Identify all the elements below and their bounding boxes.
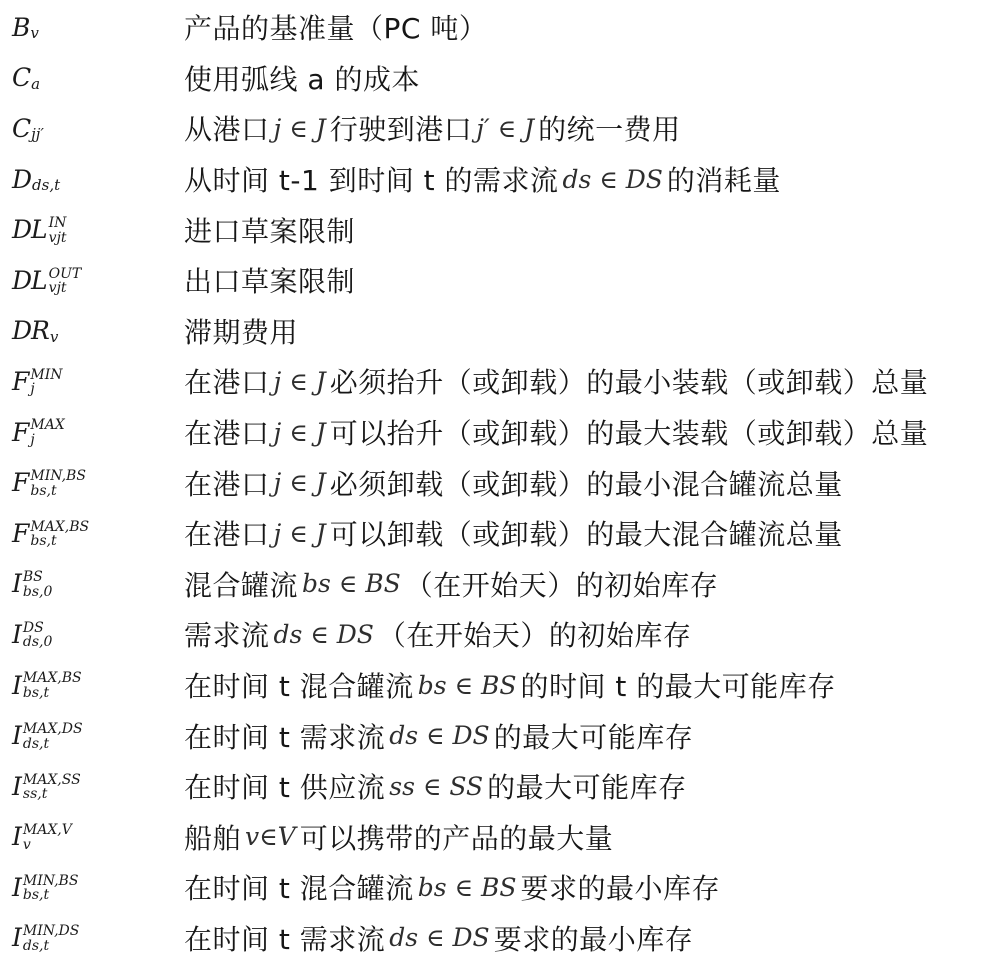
symbol: DLINvjt (12, 215, 184, 244)
symbol-superscript: MAX (30, 418, 64, 433)
notation-row: IMAX,SSss,t在时间 t 供应流ss ∈ SS的最大可能库存 (12, 761, 1000, 812)
symbol: IBSbs,0 (12, 569, 184, 598)
symbol-base: B (12, 13, 29, 42)
description-math-segment: ds ∈ DS (385, 721, 493, 750)
symbol-supsub-stack: MIN,BSbs,t (30, 469, 86, 498)
symbol: IDSds,0 (12, 620, 184, 649)
notation-row: Bv产品的基准量（PC 吨） (12, 2, 1000, 53)
description-text-segment: 在时间 t 混合罐流 (184, 867, 414, 907)
description: 在时间 t 需求流ds ∈ DS的最大可能库存 (184, 716, 1000, 756)
symbol: FMAX,BSbs,t (12, 519, 184, 548)
symbol: DLOUTvjt (12, 266, 184, 295)
notation-row: FMAXj在港口j ∈ J可以抬升（或卸载）的最大装载（或卸载）总量 (12, 407, 1000, 458)
symbol-base: I (12, 772, 21, 801)
symbol-superscript: MAX,DS (23, 722, 83, 737)
symbol-subscript: bs,t (23, 888, 49, 903)
symbol-base: DL (12, 215, 47, 244)
description-math-segment: j ∈ J (270, 418, 330, 447)
symbol-base: DL (12, 266, 47, 295)
symbol-base: I (12, 923, 21, 952)
description-text-segment: 在时间 t 供应流 (184, 766, 385, 806)
symbol: IMAX,SSss,t (12, 772, 184, 801)
description-text-segment: 在时间 t 需求流 (184, 716, 385, 756)
symbol-subscript: vjt (49, 281, 67, 296)
notation-row: DRv滞期费用 (12, 306, 1000, 357)
description-math-segment: j ∈ J (270, 114, 330, 143)
symbol-subscript: ss,t (23, 787, 47, 802)
description: 使用弧线 a 的成本 (184, 58, 1000, 98)
symbol-subscript: bs,t (30, 534, 56, 549)
description: 在时间 t 混合罐流bs ∈ BS要求的最小库存 (184, 867, 1000, 907)
description: 混合罐流bs ∈ BS（在开始天）的初始库存 (184, 564, 1000, 604)
symbol: IMAX,Vv (12, 822, 184, 851)
symbol: Cjj′ (12, 114, 184, 143)
symbol-subscript: jj′ (31, 125, 44, 143)
symbol-superscript: MAX,BS (30, 520, 89, 535)
notation-row: FMAX,BSbs,t在港口j ∈ J可以卸载（或卸载）的最大混合罐流总量 (12, 508, 1000, 559)
symbol: FMAXj (12, 417, 184, 446)
symbol-subscript: bs,t (30, 484, 56, 499)
description-text-segment: 混合罐流 (184, 564, 298, 604)
document-page: Bv产品的基准量（PC 吨）Ca使用弧线 a 的成本Cjj′从港口j ∈ J行驶… (0, 0, 1000, 965)
symbol-subscript: a (31, 75, 40, 93)
notation-row: IBSbs,0混合罐流bs ∈ BS（在开始天）的初始库存 (12, 559, 1000, 610)
description: 出口草案限制 (184, 260, 1000, 300)
notation-row: IMIN,DSds,t在时间 t 需求流ds ∈ DS要求的最小库存 (12, 913, 1000, 964)
symbol-superscript: MIN,BS (30, 469, 86, 484)
symbol-supsub-stack: MAX,DSds,t (23, 722, 83, 751)
symbol: DRv (12, 316, 184, 345)
description-text-segment: 的最大可能库存 (494, 716, 694, 756)
notation-row: FMINj在港口j ∈ J必须抬升（或卸载）的最小装载（或卸载）总量 (12, 356, 1000, 407)
description-text-segment: 要求的最小库存 (521, 867, 721, 907)
description-math-segment: j′ ∈ J (472, 114, 538, 143)
symbol-base: F (12, 519, 28, 548)
symbol-superscript: MIN,DS (23, 924, 80, 939)
symbol-subscript: v (23, 838, 31, 853)
symbol-subscript: v (30, 24, 38, 42)
symbol-supsub-stack: MIN,DSds,t (23, 924, 80, 953)
description-math-segment: ss ∈ SS (385, 772, 487, 801)
description-math-segment: ds ∈ DS (385, 923, 493, 952)
description-text-segment: 滞期费用 (184, 311, 298, 351)
description: 需求流ds ∈ DS（在开始天）的初始库存 (184, 614, 1000, 654)
symbol-base: F (12, 418, 28, 447)
notation-row: IMIN,BSbs,t在时间 t 混合罐流bs ∈ BS要求的最小库存 (12, 862, 1000, 913)
description-text-segment: 需求流 (184, 614, 270, 654)
description: 在时间 t 需求流ds ∈ DS要求的最小库存 (184, 918, 1000, 958)
notation-row: DLINvjt进口草案限制 (12, 204, 1000, 255)
description-text-segment: 行驶到港口 (330, 108, 473, 148)
notation-row: Dds,t从时间 t-1 到时间 t 的需求流ds ∈ DS的消耗量 (12, 154, 1000, 205)
symbol-superscript: IN (49, 216, 67, 231)
description-text-segment: 产品的基准量（PC 吨） (184, 7, 487, 47)
symbol-supsub-stack: BSbs,0 (23, 570, 53, 599)
symbol: Bv (12, 13, 184, 42)
symbol-subscript: vjt (49, 231, 67, 246)
symbol-subscript: j (30, 433, 34, 448)
description-text-segment: 的消耗量 (667, 159, 781, 199)
description: 从港口j ∈ J行驶到港口j′ ∈ J的统一费用 (184, 108, 1000, 148)
description-math-segment: bs ∈ BS (298, 569, 405, 598)
symbol-supsub-stack: MAX,BSbs,t (23, 671, 82, 700)
symbol-superscript: BS (23, 570, 43, 585)
description-text-segment: 可以携带的产品的最大量 (300, 817, 614, 857)
description-text-segment: 在时间 t 混合罐流 (184, 665, 414, 705)
symbol-subscript: bs,0 (23, 585, 53, 600)
symbol-base: D (12, 165, 31, 194)
description-text-segment: 的最大可能库存 (487, 766, 687, 806)
notation-row: Cjj′从港口j ∈ J行驶到港口j′ ∈ J的统一费用 (12, 103, 1000, 154)
notation-row: IMAX,BSbs,t在时间 t 混合罐流bs ∈ BS的时间 t 的最大可能库… (12, 660, 1000, 711)
symbol-supsub-stack: MAX,Vv (23, 823, 72, 852)
symbol-superscript: MAX,V (23, 823, 72, 838)
symbol-base: DR (12, 316, 49, 345)
symbol-subscript: ds,0 (23, 635, 53, 650)
description: 在港口j ∈ J必须卸载（或卸载）的最小混合罐流总量 (184, 463, 1000, 503)
symbol-superscript: OUT (49, 267, 82, 282)
symbol-base: C (12, 63, 30, 92)
symbol-subscript: ds,t (23, 939, 49, 954)
description-text-segment: 必须抬升（或卸载）的最小装载（或卸载）总量 (330, 361, 929, 401)
symbol-supsub-stack: DSds,0 (23, 621, 53, 650)
description-math-segment: j ∈ J (270, 519, 330, 548)
description: 在时间 t 供应流ss ∈ SS的最大可能库存 (184, 766, 1000, 806)
description-text-segment: 的统一费用 (538, 108, 681, 148)
symbol: IMIN,DSds,t (12, 923, 184, 952)
description-text-segment: 出口草案限制 (184, 260, 355, 300)
description-text-segment: 必须卸载（或卸载）的最小混合罐流总量 (330, 463, 843, 503)
symbol-subscript: j (30, 382, 34, 397)
notation-row: IMAX,Vv船舶v∈V可以携带的产品的最大量 (12, 812, 1000, 863)
symbol-base: F (12, 468, 28, 497)
symbol-superscript: MIN (30, 368, 62, 383)
description-math-segment: bs ∈ BS (414, 873, 521, 902)
symbol-base: I (12, 671, 21, 700)
symbol-base: I (12, 620, 21, 649)
notation-list: Bv产品的基准量（PC 吨）Ca使用弧线 a 的成本Cjj′从港口j ∈ J行驶… (12, 2, 1000, 963)
symbol-superscript: MIN,BS (23, 874, 79, 889)
symbol-subscript: bs,t (23, 686, 49, 701)
description-text-segment: 可以卸载（或卸载）的最大混合罐流总量 (330, 513, 843, 553)
symbol: Dds,t (12, 165, 184, 194)
description: 从时间 t-1 到时间 t 的需求流ds ∈ DS的消耗量 (184, 159, 1000, 199)
symbol-superscript: MAX,BS (23, 671, 82, 686)
description-text-segment: 要求的最小库存 (494, 918, 694, 958)
description-text-segment: 在港口 (184, 463, 270, 503)
description: 在港口j ∈ J必须抬升（或卸载）的最小装载（或卸载）总量 (184, 361, 1000, 401)
notation-row: Ca使用弧线 a 的成本 (12, 53, 1000, 104)
symbol-base: I (12, 721, 21, 750)
symbol-supsub-stack: MAX,BSbs,t (30, 520, 89, 549)
description: 产品的基准量（PC 吨） (184, 7, 1000, 47)
description-text-segment: 进口草案限制 (184, 210, 355, 250)
description-text-segment: 从港口 (184, 108, 270, 148)
symbol-base: C (12, 114, 30, 143)
description-text-segment: 使用弧线 a 的成本 (184, 58, 420, 98)
symbol-supsub-stack: OUTvjt (49, 267, 82, 296)
description: 滞期费用 (184, 311, 1000, 351)
symbol-supsub-stack: MAXj (30, 418, 64, 447)
description-text-segment: 在港口 (184, 361, 270, 401)
symbol-supsub-stack: MINj (30, 368, 62, 397)
symbol: FMINj (12, 367, 184, 396)
description-math-segment: ds ∈ DS (270, 620, 378, 649)
symbol-base: I (12, 569, 21, 598)
symbol-superscript: MAX,SS (23, 773, 81, 788)
symbol-subscript: ds,t (23, 737, 49, 752)
description-math-segment: ds ∈ DS (558, 165, 666, 194)
symbol: IMAX,DSds,t (12, 721, 184, 750)
description-text-segment: （在开始天）的初始库存 (378, 614, 692, 654)
description-text-segment: 从时间 t-1 到时间 t 的需求流 (184, 159, 558, 199)
description-text-segment: 可以抬升（或卸载）的最大装载（或卸载）总量 (330, 412, 929, 452)
description-math-segment: j ∈ J (270, 468, 330, 497)
symbol: IMAX,BSbs,t (12, 670, 184, 699)
symbol: IMIN,BSbs,t (12, 873, 184, 902)
description-math-segment: j ∈ J (270, 367, 330, 396)
symbol-subscript: v (50, 328, 58, 346)
description-text-segment: （在开始天）的初始库存 (405, 564, 719, 604)
symbol: FMIN,BSbs,t (12, 468, 184, 497)
symbol-base: F (12, 367, 28, 396)
description-math-segment: v∈V (241, 822, 300, 851)
symbol-superscript: DS (23, 621, 44, 636)
description: 在时间 t 混合罐流bs ∈ BS的时间 t 的最大可能库存 (184, 665, 1000, 705)
description: 在港口j ∈ J可以抬升（或卸载）的最大装载（或卸载）总量 (184, 412, 1000, 452)
description: 进口草案限制 (184, 210, 1000, 250)
description-text-segment: 在港口 (184, 412, 270, 452)
notation-row: IMAX,DSds,t在时间 t 需求流ds ∈ DS的最大可能库存 (12, 710, 1000, 761)
symbol-supsub-stack: MIN,BSbs,t (23, 874, 79, 903)
symbol-supsub-stack: INvjt (49, 216, 67, 245)
description: 在港口j ∈ J可以卸载（或卸载）的最大混合罐流总量 (184, 513, 1000, 553)
symbol-subscript: ds,t (32, 176, 60, 194)
notation-row: FMIN,BSbs,t在港口j ∈ J必须卸载（或卸载）的最小混合罐流总量 (12, 457, 1000, 508)
description-text-segment: 船舶 (184, 817, 241, 857)
description-text-segment: 在港口 (184, 513, 270, 553)
description: 船舶v∈V可以携带的产品的最大量 (184, 817, 1000, 857)
symbol: Ca (12, 63, 184, 92)
symbol-supsub-stack: MAX,SSss,t (23, 773, 81, 802)
notation-row: DLOUTvjt出口草案限制 (12, 255, 1000, 306)
description-text-segment: 的时间 t 的最大可能库存 (521, 665, 836, 705)
symbol-base: I (12, 822, 21, 851)
symbol-base: I (12, 873, 21, 902)
description-math-segment: bs ∈ BS (414, 671, 521, 700)
notation-row: IDSds,0需求流ds ∈ DS（在开始天）的初始库存 (12, 609, 1000, 660)
description-text-segment: 在时间 t 需求流 (184, 918, 385, 958)
